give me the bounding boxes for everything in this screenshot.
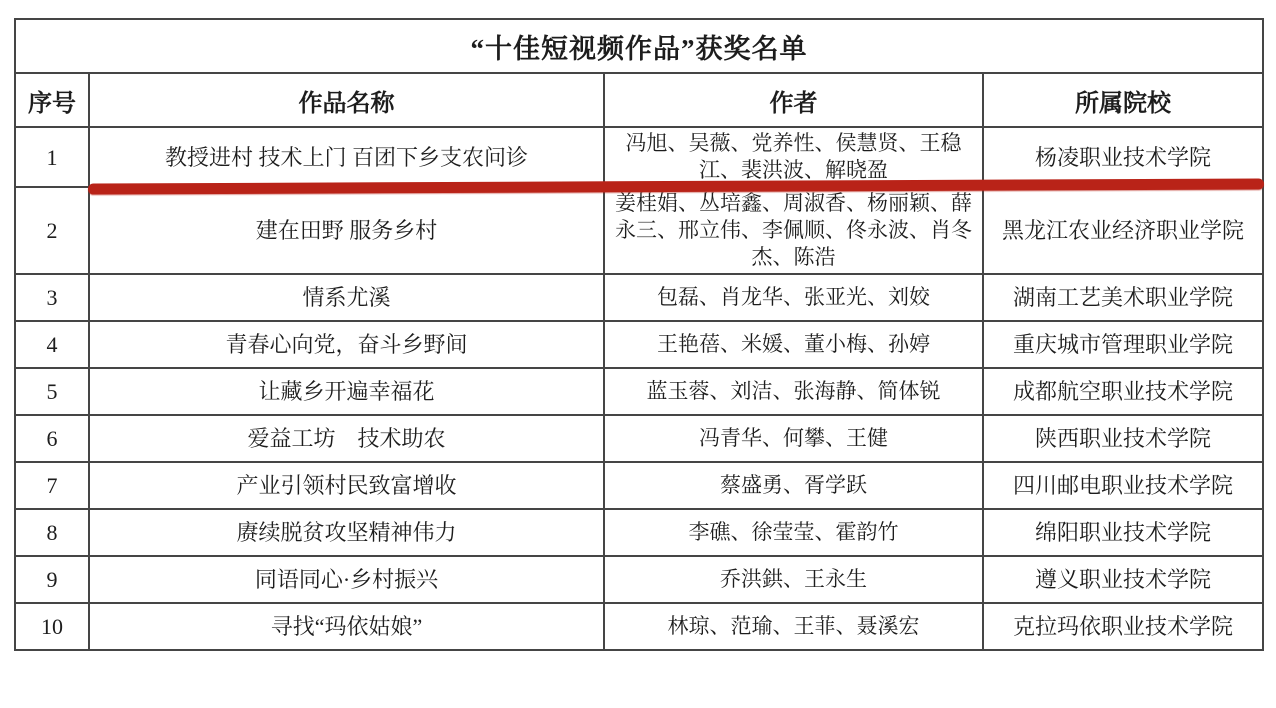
- award-table-document: “十佳短视频作品”获奖名单 序号 作品名称 作者 所属院校 1 教授进村 技术上…: [14, 18, 1262, 651]
- cell-authors: 蔡盛勇、胥学跃: [604, 462, 983, 509]
- cell-school: 陕西职业技术学院: [983, 415, 1263, 462]
- cell-no: 8: [15, 509, 89, 556]
- award-table: “十佳短视频作品”获奖名单 序号 作品名称 作者 所属院校 1 教授进村 技术上…: [14, 18, 1264, 651]
- column-header-work: 作品名称: [89, 73, 604, 127]
- table-row: 2 建在田野 服务乡村 姜桂娟、丛培鑫、周淑香、杨丽颖、薛永三、邢立伟、李佩顺、…: [15, 187, 1263, 274]
- cell-work-title: 青春心向党，奋斗乡野间: [89, 321, 604, 368]
- column-header-authors: 作者: [604, 73, 983, 127]
- table-row: 8 赓续脱贫攻坚精神伟力 李礁、徐莹莹、霍韵竹 绵阳职业技术学院: [15, 509, 1263, 556]
- table-row: 9 同语同心·乡村振兴 乔洪鉷、王永生 遵义职业技术学院: [15, 556, 1263, 603]
- table-title-row: “十佳短视频作品”获奖名单: [15, 19, 1263, 73]
- cell-school: 绵阳职业技术学院: [983, 509, 1263, 556]
- cell-authors: 包磊、肖龙华、张亚光、刘姣: [604, 274, 983, 321]
- cell-no: 4: [15, 321, 89, 368]
- column-header-no: 序号: [15, 73, 89, 127]
- cell-work-title: 情系尤溪: [89, 274, 604, 321]
- cell-school: 重庆城市管理职业学院: [983, 321, 1263, 368]
- cell-work-title: 建在田野 服务乡村: [89, 187, 604, 274]
- cell-work-title: 爱益工坊 技术助农: [89, 415, 604, 462]
- table-row: 3 情系尤溪 包磊、肖龙华、张亚光、刘姣 湖南工艺美术职业学院: [15, 274, 1263, 321]
- cell-work-title: 让藏乡开遍幸福花: [89, 368, 604, 415]
- table-header-row: 序号 作品名称 作者 所属院校: [15, 73, 1263, 127]
- table-row: 6 爱益工坊 技术助农 冯青华、何攀、王健 陕西职业技术学院: [15, 415, 1263, 462]
- cell-work-title: 赓续脱贫攻坚精神伟力: [89, 509, 604, 556]
- cell-school: 湖南工艺美术职业学院: [983, 274, 1263, 321]
- table-row: 1 教授进村 技术上门 百团下乡支农问诊 冯旭、吴薇、党养性、侯慧贤、王稳江、裴…: [15, 127, 1263, 187]
- cell-authors: 姜桂娟、丛培鑫、周淑香、杨丽颖、薛永三、邢立伟、李佩顺、佟永波、肖冬杰、陈浩: [604, 187, 983, 274]
- table-row: 7 产业引领村民致富增收 蔡盛勇、胥学跃 四川邮电职业技术学院: [15, 462, 1263, 509]
- cell-no: 2: [15, 187, 89, 274]
- cell-no: 7: [15, 462, 89, 509]
- cell-work-title: 产业引领村民致富增收: [89, 462, 604, 509]
- cell-no: 1: [15, 127, 89, 187]
- cell-no: 9: [15, 556, 89, 603]
- cell-authors: 冯旭、吴薇、党养性、侯慧贤、王稳江、裴洪波、解晓盈: [604, 127, 983, 187]
- cell-authors: 蓝玉蓉、刘洁、张海静、简体锐: [604, 368, 983, 415]
- cell-school: 克拉玛依职业技术学院: [983, 603, 1263, 650]
- column-header-school: 所属院校: [983, 73, 1263, 127]
- cell-school: 四川邮电职业技术学院: [983, 462, 1263, 509]
- cell-authors: 李礁、徐莹莹、霍韵竹: [604, 509, 983, 556]
- cell-work-title: 同语同心·乡村振兴: [89, 556, 604, 603]
- cell-authors: 冯青华、何攀、王健: [604, 415, 983, 462]
- cell-school: 遵义职业技术学院: [983, 556, 1263, 603]
- cell-school: 成都航空职业技术学院: [983, 368, 1263, 415]
- table-row: 5 让藏乡开遍幸福花 蓝玉蓉、刘洁、张海静、简体锐 成都航空职业技术学院: [15, 368, 1263, 415]
- cell-authors: 王艳蓓、米媛、董小梅、孙婷: [604, 321, 983, 368]
- cell-authors: 乔洪鉷、王永生: [604, 556, 983, 603]
- cell-no: 6: [15, 415, 89, 462]
- table-row: 4 青春心向党，奋斗乡野间 王艳蓓、米媛、董小梅、孙婷 重庆城市管理职业学院: [15, 321, 1263, 368]
- table-row: 10 寻找“玛依姑娘” 林琼、范瑜、王菲、聂溪宏 克拉玛依职业技术学院: [15, 603, 1263, 650]
- cell-work-title: 寻找“玛依姑娘”: [89, 603, 604, 650]
- cell-no: 5: [15, 368, 89, 415]
- cell-school: 黑龙江农业经济职业学院: [983, 187, 1263, 274]
- table-title: “十佳短视频作品”获奖名单: [15, 19, 1263, 73]
- cell-no: 10: [15, 603, 89, 650]
- cell-authors: 林琼、范瑜、王菲、聂溪宏: [604, 603, 983, 650]
- cell-no: 3: [15, 274, 89, 321]
- cell-work-title: 教授进村 技术上门 百团下乡支农问诊: [89, 127, 604, 187]
